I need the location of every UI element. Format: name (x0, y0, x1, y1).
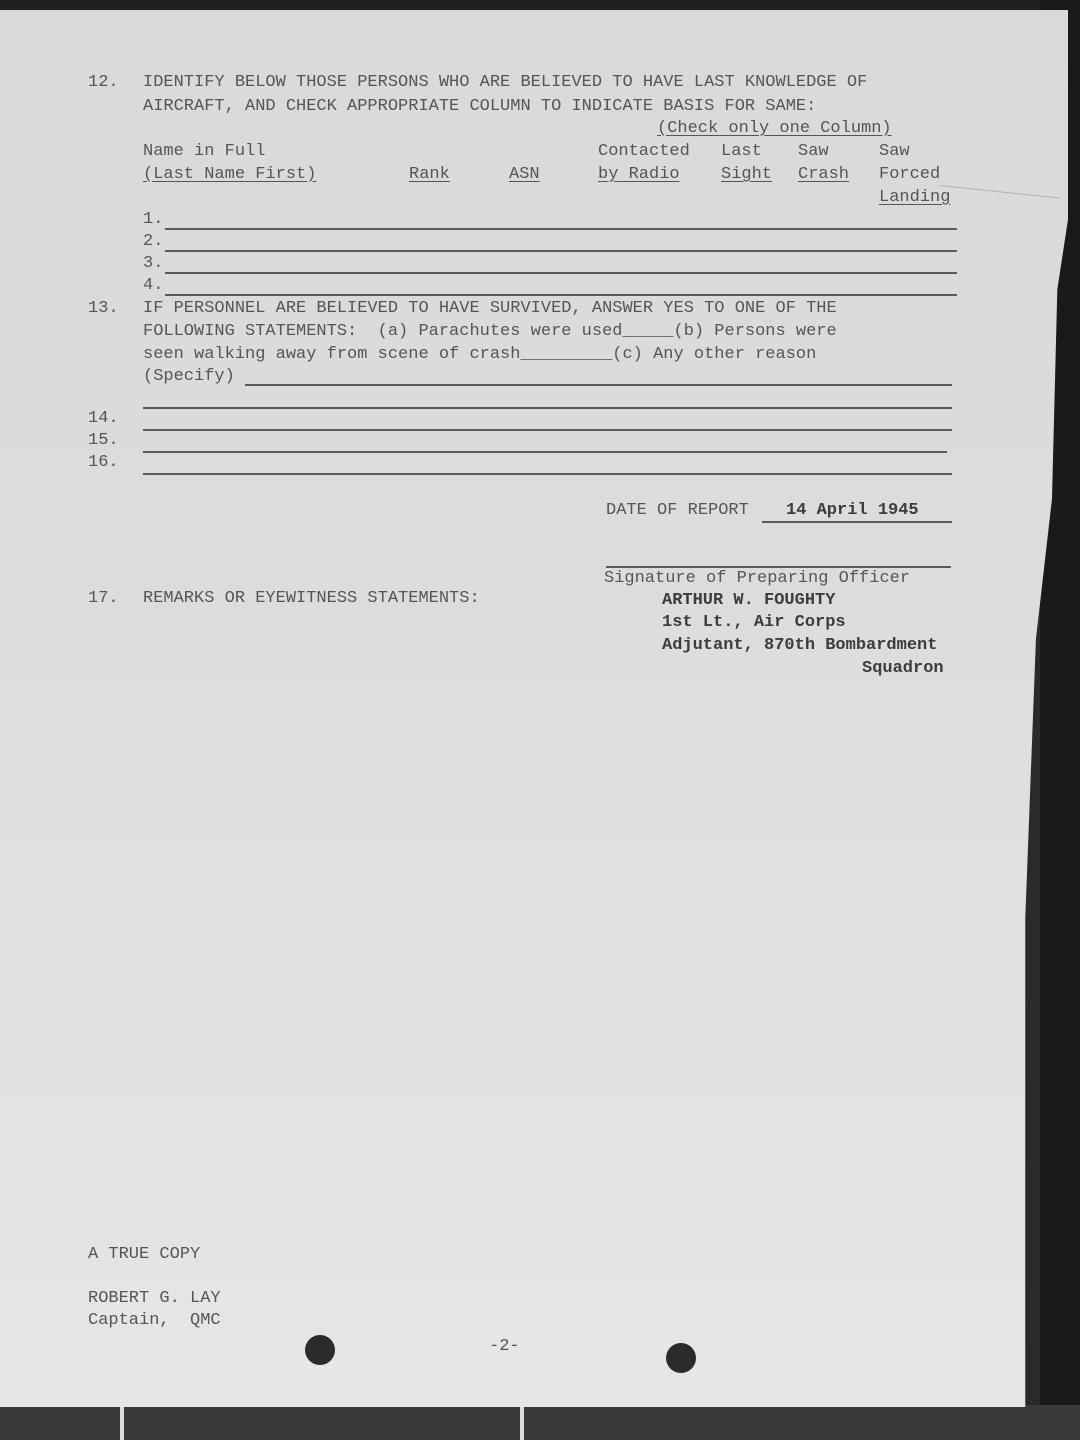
specify-line[interactable] (245, 384, 952, 386)
col-forced-line1: Saw (879, 141, 910, 163)
date-of-report-line (762, 521, 952, 523)
item-14-number: 14. (88, 408, 119, 430)
col-forced-line2: Forced (879, 164, 940, 186)
item-13-line2: FOLLOWING STATEMENTS: (a) Parachutes wer… (143, 321, 837, 343)
page-number: -2- (489, 1336, 520, 1358)
item-17-number: 17. (88, 588, 119, 610)
col-crash-line2: Crash (798, 164, 849, 186)
true-copy-rank: Captain, QMC (88, 1310, 221, 1332)
officer-name: ARTHUR W. FOUGHTY (662, 590, 835, 612)
col-name-line2: (Last Name First) (143, 164, 316, 186)
item-17-label: REMARKS OR EYEWITNESS STATEMENTS: (143, 588, 480, 610)
row-2-number: 2. (143, 231, 163, 253)
officer-rank: 1st Lt., Air Corps (662, 612, 846, 634)
true-copy-name: ROBERT G. LAY (88, 1288, 221, 1310)
paper-crease (940, 185, 1059, 199)
specify-line-2[interactable] (143, 407, 952, 409)
background-bottom (0, 1405, 1080, 1440)
item-13-number: 13. (88, 298, 119, 320)
col-radio-line2: by Radio (598, 164, 680, 186)
item-13-line1: IF PERSONNEL ARE BELIEVED TO HAVE SURVIV… (143, 298, 837, 320)
date-of-report-label: DATE OF REPORT (606, 500, 749, 522)
floor-seam (120, 1405, 124, 1440)
row-3-number: 3. (143, 253, 163, 275)
col-asn: ASN (509, 164, 540, 186)
row-1-number: 1. (143, 209, 163, 231)
item-14-line[interactable] (143, 429, 952, 431)
officer-title-line1: Adjutant, 870th Bombardment (662, 635, 937, 657)
item-13-line4: (Specify) (143, 366, 235, 388)
row-3-line[interactable] (165, 272, 957, 274)
row-1-line[interactable] (165, 228, 957, 230)
date-of-report-value: 14 April 1945 (786, 500, 919, 522)
col-sight-line1: Last (721, 141, 762, 163)
document-page: 12. IDENTIFY BELOW THOSE PERSONS WHO ARE… (0, 10, 1068, 1407)
col-name-line1: Name in Full (143, 141, 265, 163)
col-rank: Rank (409, 164, 450, 186)
item-15-number: 15. (88, 430, 119, 452)
item-13-line3: seen walking away from scene of crash___… (143, 344, 816, 366)
check-note: (Check only one Column) (657, 118, 892, 140)
item-16-number: 16. (88, 452, 119, 474)
col-crash-line1: Saw (798, 141, 829, 163)
item-12-number: 12. (88, 72, 119, 94)
col-radio-line1: Contacted (598, 141, 690, 163)
punch-hole-left (305, 1335, 335, 1365)
item-12-text-line1: IDENTIFY BELOW THOSE PERSONS WHO ARE BEL… (143, 72, 867, 94)
signature-caption: Signature of Preparing Officer (604, 568, 910, 590)
item-15-line[interactable] (143, 451, 947, 453)
row-2-line[interactable] (165, 250, 957, 252)
punch-hole-right (666, 1343, 696, 1373)
true-copy-label: A TRUE COPY (88, 1244, 200, 1266)
row-4-number: 4. (143, 275, 163, 297)
col-sight-line2: Sight (721, 164, 772, 186)
col-forced-line3: Landing (879, 187, 950, 209)
item-12-text-line2: AIRCRAFT, AND CHECK APPROPRIATE COLUMN T… (143, 96, 816, 118)
row-4-line[interactable] (165, 294, 957, 296)
officer-title-line2: Squadron (862, 658, 944, 680)
floor-seam (520, 1405, 524, 1440)
item-16-line[interactable] (143, 473, 952, 475)
